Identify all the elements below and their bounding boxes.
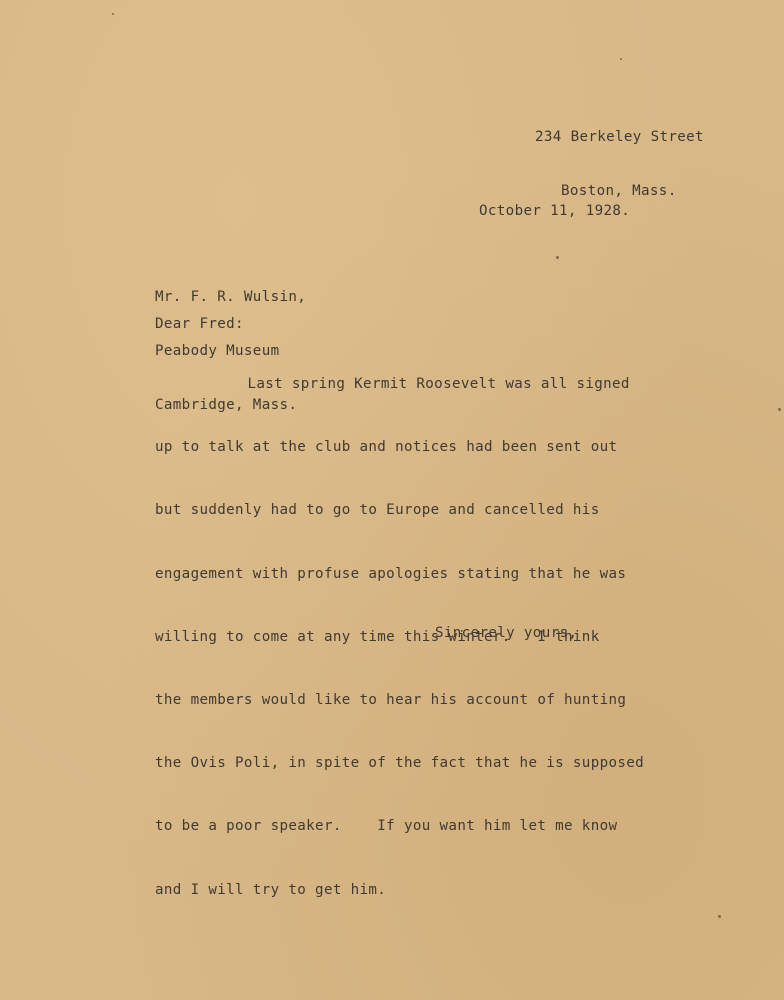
body-line: engagement with profuse apologies statin… <box>155 559 644 590</box>
body-line: up to talk at the club and notices had b… <box>155 432 644 463</box>
letter-page: 234 Berkeley Street Boston, Mass. Octobe… <box>0 0 784 1000</box>
closing: Sincerely yours, <box>435 625 577 641</box>
paper-speck <box>556 256 559 259</box>
paper-speck <box>112 13 114 15</box>
salutation: Dear Fred: <box>155 316 244 332</box>
body-line: to be a poor speaker. If you want him le… <box>155 811 644 842</box>
recipient-name: Mr. F. R. Wulsin, <box>155 288 306 306</box>
body-line: the Ovis Poli, in spite of the fact that… <box>155 748 644 779</box>
sender-street: 234 Berkeley Street <box>535 128 704 146</box>
body-line: the members would like to hear his accou… <box>155 685 644 716</box>
body-line: and I will try to get him. <box>155 875 644 906</box>
letter-date: October 11, 1928. <box>479 203 630 219</box>
sender-city: Boston, Mass. <box>535 182 704 200</box>
body-line: Last spring Kermit Roosevelt was all sig… <box>155 369 644 400</box>
body-line: but suddenly had to go to Europe and can… <box>155 495 644 526</box>
paper-speck <box>620 58 622 60</box>
paper-speck <box>778 408 781 411</box>
paper-speck <box>718 915 721 918</box>
